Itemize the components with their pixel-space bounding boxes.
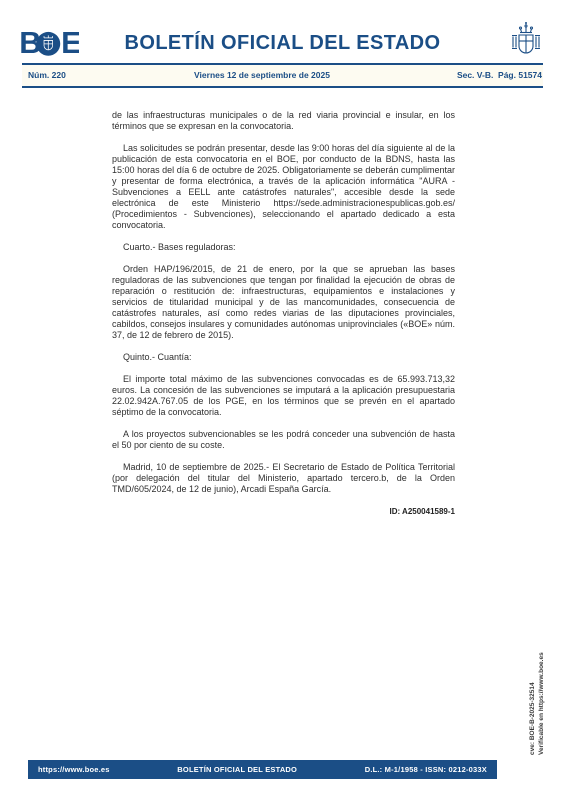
paragraph: Las solicitudes se podrán presentar, des… [112,143,455,231]
spanish-coat-of-arms-icon [505,22,547,66]
footer-bar: https://www.boe.es BOLETÍN OFICIAL DEL E… [28,760,497,779]
section-page-ref: Sec. V-B. Pág. 51574 [457,65,542,86]
cve-code: cve: BOE-B-2025-32514 [529,652,538,755]
issue-number: Núm. 220 [28,65,66,86]
paragraph: A los proyectos subvencionables se les p… [112,429,455,451]
boe-document-page: B E BOLETÍN OFICIAL DEL ESTADO [0,0,565,800]
signature-paragraph: Madrid, 10 de septiembre de 2025.- El Se… [112,462,455,495]
section-heading-quinto: Quinto.- Cuantía: [112,352,455,363]
document-body: de las infraestructuras municipales o de… [112,110,455,517]
svg-text:E: E [61,26,79,60]
footer-legal: D.L.: M-1/1958 - ISSN: 0212-033X [365,765,487,774]
paragraph: Orden HAP/196/2015, de 21 de enero, por … [112,264,455,341]
cve-verification-note: Verificable en https://www.boe.es [538,652,547,755]
paragraph: El importe total máximo de las subvencio… [112,374,455,418]
paragraph: de las infraestructuras municipales o de… [112,110,455,132]
boe-logo-icon: B E [21,26,79,60]
footer-title: BOLETÍN OFICIAL DEL ESTADO [177,765,297,774]
cve-verification-column: cve: BOE-B-2025-32514 Verificable en htt… [529,652,546,755]
issue-date: Viernes 12 de septiembre de 2025 [194,65,330,86]
masthead-band: Núm. 220 Viernes 12 de septiembre de 202… [22,63,543,88]
page-title: BOLETÍN OFICIAL DEL ESTADO [80,32,485,55]
footer-url: https://www.boe.es [38,765,110,774]
section-heading-cuarto: Cuarto.- Bases reguladoras: [112,242,455,253]
announcement-id: ID: A250041589-1 [112,506,455,517]
